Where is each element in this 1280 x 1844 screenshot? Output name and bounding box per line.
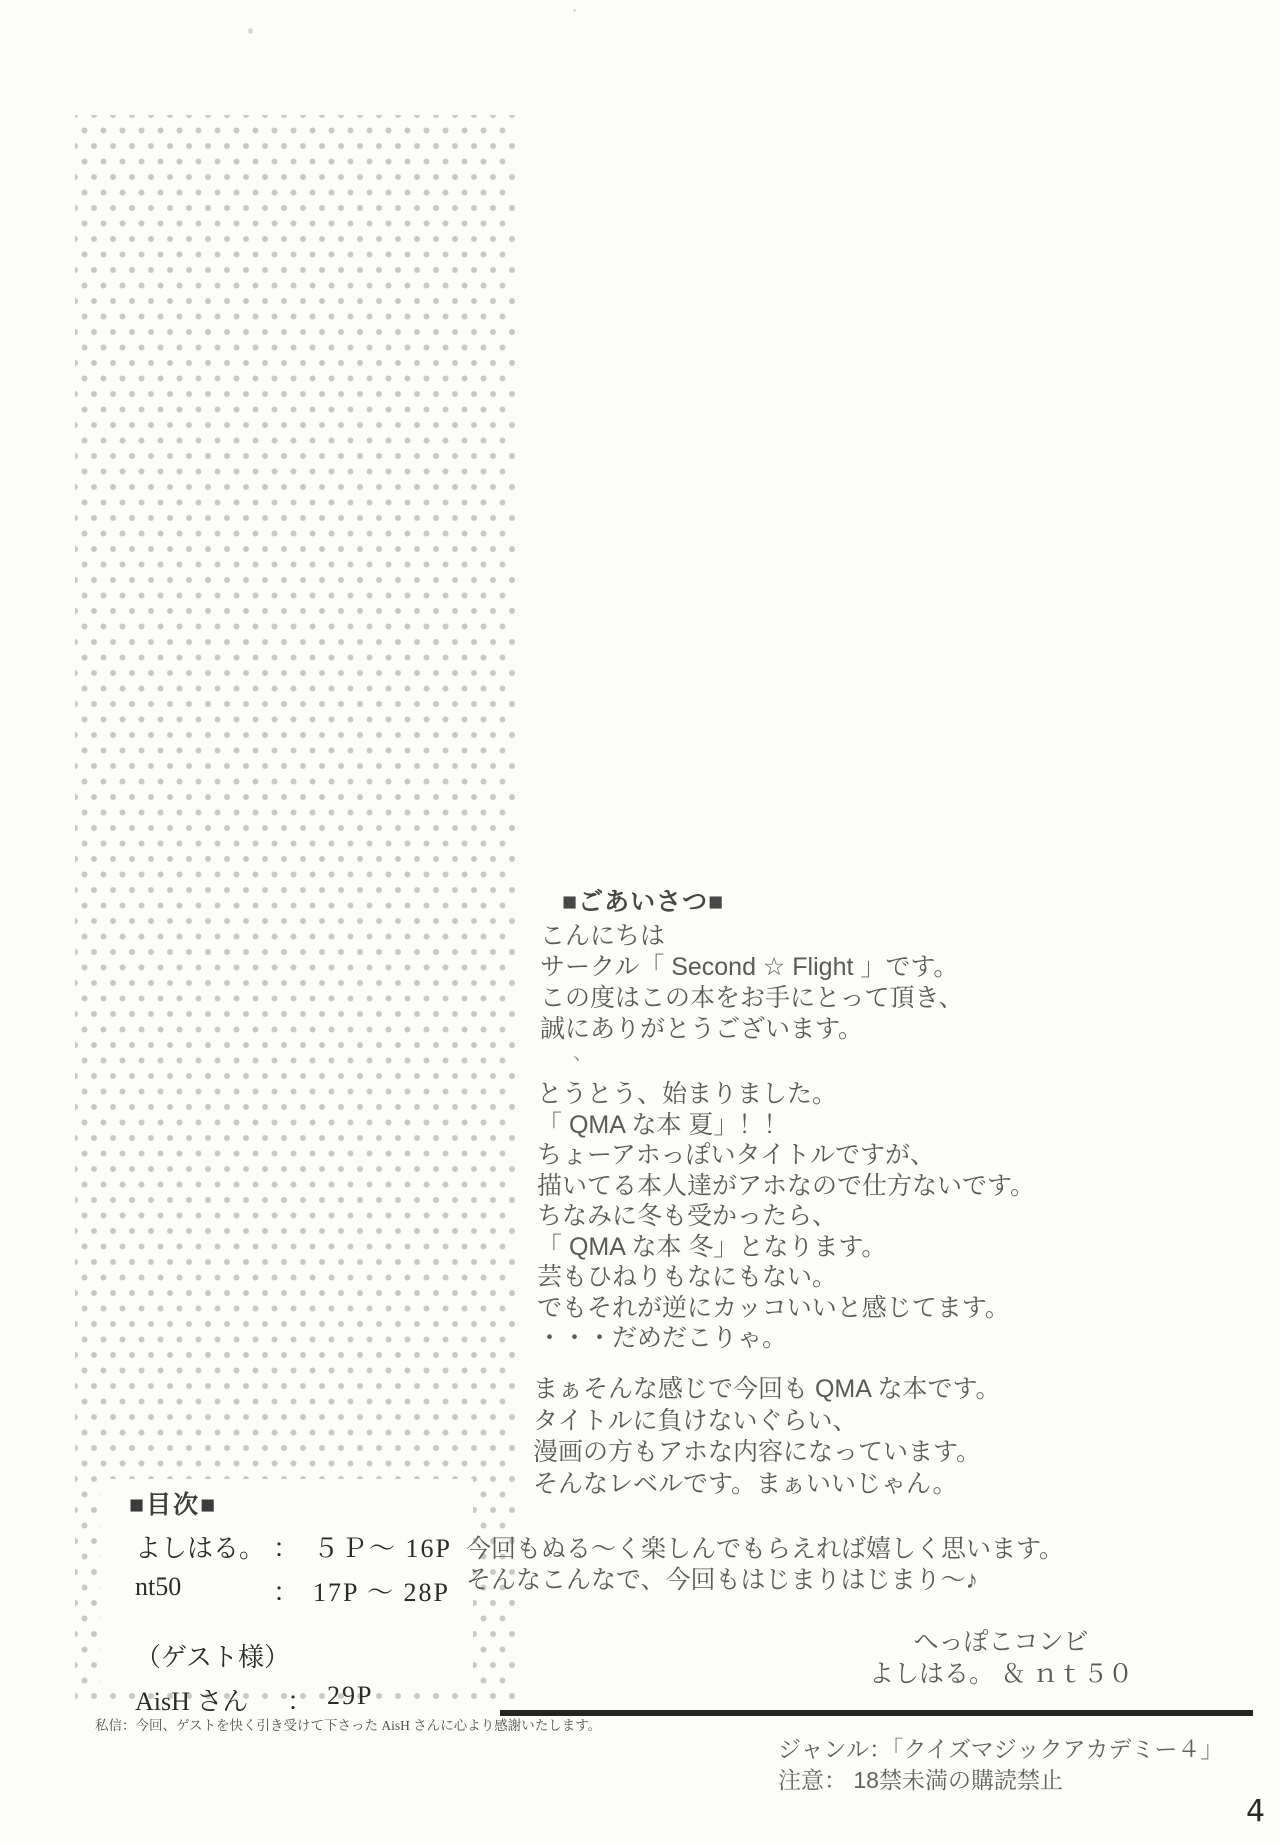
greeting-line: この度はこの本をお手にとって頂き、	[540, 983, 964, 1014]
greeting-line: 芸もひねりもなにもない。	[537, 1262, 1035, 1293]
greeting-line: そんなこんなで、今回もはじまりはじまり～♪	[466, 1565, 1064, 1596]
signature-line: よしはる。 ＆ ｎｔ５０	[845, 1658, 1157, 1690]
genre-line: ジャンル：「クイズマジックアカデミー４」	[778, 1734, 1223, 1765]
toc-entry-colon: ：	[287, 1681, 313, 1718]
greeting-body-paragraph-2: まぁそんな感じで今回も QMA な本です。 タイトルに負けないぐらい、 漫画の方…	[533, 1374, 1000, 1500]
toc-entry-pages: ５Ｐ～ 16P	[313, 1528, 452, 1565]
scan-speck	[573, 9, 576, 12]
table-of-contents: ■目次■ よしはる。 ： ５Ｐ～ 16P nt50 ： 17P ～ 28P （ゲ…	[101, 1479, 473, 1687]
greeting-line: 「 QMA な本 夏」！！	[537, 1110, 1035, 1141]
footer-divider-line	[500, 1710, 1253, 1716]
greeting-line: こんにちは	[540, 921, 964, 952]
toc-guest-entry: AisH さん ： 29P	[135, 1681, 473, 1718]
stray-comma-mark: 、	[573, 1036, 593, 1065]
greeting-line: 漫画の方もアホな内容になっています。	[533, 1437, 1000, 1469]
greeting-line: 誠にありがとうございます。	[540, 1014, 964, 1045]
page-number: 4	[1246, 1794, 1265, 1829]
greeting-line: 「 QMA な本 冬」となります。	[537, 1232, 1035, 1263]
greeting-line: サークル「 Second ☆ Flight 」です。	[540, 952, 964, 983]
greeting-line: でもそれが逆にカッコいいと感じてます。	[537, 1293, 1035, 1324]
signature-line: へっぽこコンビ	[845, 1626, 1157, 1658]
toc-entry: よしはる。 ： ５Ｐ～ 16P	[135, 1528, 473, 1565]
greeting-intro-paragraph: こんにちは サークル「 Second ☆ Flight 」です。 この度はこの本…	[540, 921, 964, 1045]
toc-heading: ■目次■	[129, 1485, 473, 1521]
toc-entry-pages: 29P	[327, 1681, 373, 1718]
toc-guest-label: （ゲスト様）	[135, 1637, 473, 1674]
greeting-line: ちなみに冬も受かったら、	[537, 1201, 1035, 1232]
greeting-body-paragraph-3: 今回もぬる～く楽しんでもらえれば嬉しく思います。 そんなこんなで、今回もはじまり…	[466, 1534, 1064, 1596]
greeting-line: タイトルに負けないぐらい、	[533, 1406, 1000, 1438]
greeting-line: 描いてる本人達がアホなので仕方ないです。	[537, 1171, 1035, 1202]
scan-speck	[248, 28, 253, 34]
greeting-line: 今回もぬる～く楽しんでもらえれば嬉しく思います。	[466, 1534, 1064, 1565]
toc-entry-name: AisH さん	[135, 1681, 287, 1718]
greeting-line: そんなレベルです。まぁいいじゃん。	[533, 1469, 1000, 1501]
genre-info-block: ジャンル：「クイズマジックアカデミー４」 注意： 18禁未満の購読禁止	[778, 1734, 1223, 1795]
footer-thanks-note: 私信：今回、ゲストを快く引き受けて下さった AisH さんに心より感謝いたします…	[95, 1714, 565, 1734]
greeting-body-paragraph-1: とうとう、始まりました。 「 QMA な本 夏」！！ ちょーアホっぽいタイトルで…	[537, 1079, 1035, 1354]
toc-entry: nt50 ： 17P ～ 28P	[135, 1572, 473, 1609]
greeting-line: ・・・だめだこりゃ。	[537, 1323, 1035, 1354]
toc-entry-pages: 17P ～ 28P	[313, 1572, 450, 1609]
scanned-doujinshi-page: ■目次■ よしはる。 ： ５Ｐ～ 16P nt50 ： 17P ～ 28P （ゲ…	[0, 0, 1280, 1844]
warning-line: 注意： 18禁未満の購読禁止	[778, 1765, 1223, 1796]
greeting-line: ちょーアホっぽいタイトルですが、	[537, 1140, 1035, 1171]
signature-block: へっぽこコンビ よしはる。 ＆ ｎｔ５０	[845, 1626, 1157, 1690]
toc-entry-name: よしはる。	[135, 1528, 273, 1565]
toc-entry-colon: ：	[273, 1528, 299, 1565]
greeting-heading: ■ごあいさつ■	[562, 882, 724, 918]
greeting-line: まぁそんな感じで今回も QMA な本です。	[533, 1374, 1000, 1406]
toc-entry-colon: ：	[273, 1572, 299, 1609]
halftone-dot-strip	[75, 115, 515, 1708]
greeting-line: とうとう、始まりました。	[537, 1079, 1035, 1110]
toc-entry-name: nt50	[135, 1572, 273, 1609]
